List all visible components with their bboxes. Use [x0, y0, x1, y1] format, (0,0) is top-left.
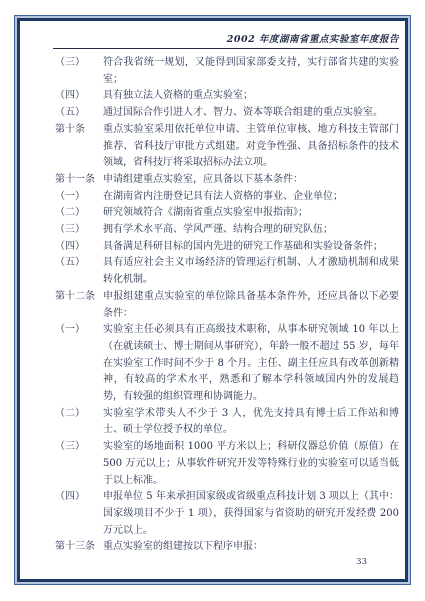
item-label: （二）	[55, 406, 103, 423]
page-number: 33	[356, 557, 367, 567]
list-item-clause: 第十三条 重点实验室的组建按以下程序申报：	[55, 539, 399, 556]
item-label: 第十三条	[55, 539, 103, 556]
item-label: 第十二条	[55, 289, 103, 306]
item-label: 第十条	[55, 122, 103, 139]
item-label: （三）	[55, 222, 103, 239]
list-item-clause: 第十条 重点实验室采用依托单位申请、主管单位审核、地方科技主管部门推荐、省科技厅…	[55, 122, 399, 172]
page-content-area: 2002 年度湖南省重点实验室年度报告 （三） 符合我省统一规划，又能得到国家部…	[17, 18, 408, 582]
item-label: （五）	[55, 105, 103, 122]
item-text: 重点实验室采用依托单位申请、主管单位审核、地方科技主管部门推荐、省科技厅审批方式…	[103, 122, 399, 172]
item-text: 申报单位 5 年来承担国家级或省级重点科技计划 3 项以上（其中：国家级项目不少…	[103, 489, 399, 539]
list-item-clause: 第十一条 申请组建重点实验室，应具备以下基本条件：	[55, 172, 399, 189]
page-border-frame: 2002 年度湖南省重点实验室年度报告 （三） 符合我省统一规划，又能得到国家部…	[14, 15, 411, 585]
list-item: （二） 研究领域符合《湖南省重点实验室申报指南》；	[55, 205, 399, 222]
list-item-clause: 第十二条 申报组建重点实验室的单位除具备基本条件外，还应具备以下必要条件：	[55, 289, 399, 322]
item-text: 符合我省统一规划，又能得到国家部委支持，实行部省共建的实验室；	[103, 55, 399, 88]
list-item: （四） 申报单位 5 年来承担国家级或省级重点科技计划 3 项以上（其中：国家级…	[55, 489, 399, 539]
list-item: （一） 在湖南省内注册登记具有法人资格的事业、企业单位；	[55, 189, 399, 206]
running-header-title: 2002 年度湖南省重点实验室年度报告	[53, 34, 399, 49]
item-text: 申请组建重点实验室，应具备以下基本条件：	[103, 172, 399, 189]
item-label: （五）	[55, 255, 103, 272]
item-label: （三）	[55, 439, 103, 456]
item-label: （四）	[55, 239, 103, 256]
item-label: （一）	[55, 189, 103, 206]
list-item: （五） 具有适应社会主义市场经济的管理运行机制、人才激励机制和成果转化机制。	[55, 255, 399, 288]
list-item: （三） 实验室的场地面积 1000 平方米以上；科研仪器总价值（原值）在 500…	[55, 439, 399, 489]
item-text: 拥有学术水平高、学风严谨、结构合理的研究队伍；	[103, 222, 399, 239]
list-item: （二） 实验室学术带头人不少于 3 人，优先支持具有博士后工作站和博士、硕士学位…	[55, 406, 399, 439]
item-label: 第十一条	[55, 172, 103, 189]
item-text: 在湖南省内注册登记具有法人资格的事业、企业单位；	[103, 189, 399, 206]
item-text: 重点实验室的组建按以下程序申报：	[103, 539, 399, 556]
item-text: 具备满足科研目标的国内先进的研究工作基础和实验设备条件；	[103, 239, 399, 256]
item-text: 申报组建重点实验室的单位除具备基本条件外，还应具备以下必要条件：	[103, 289, 399, 322]
item-text: 具有适应社会主义市场经济的管理运行机制、人才激励机制和成果转化机制。	[103, 255, 399, 288]
list-item: （三） 符合我省统一规划，又能得到国家部委支持，实行部省共建的实验室；	[55, 55, 399, 88]
list-item: （一） 实验室主任必须具有正高级技术职称，从事本研究领域 10 年以上（在就读硕…	[55, 322, 399, 406]
list-item: （五） 通过国际合作引进人才、智力、资本等联合组建的重点实验室。	[55, 105, 399, 122]
item-text: 实验室的场地面积 1000 平方米以上；科研仪器总价值（原值）在 500 万元以…	[103, 439, 399, 489]
item-text: 具有独立法人资格的重点实验室；	[103, 88, 399, 105]
item-text: 实验室学术带头人不少于 3 人，优先支持具有博士后工作站和博士、硕士学位授予权的…	[103, 406, 399, 439]
item-label: （一）	[55, 322, 103, 339]
item-label: （三）	[55, 55, 103, 72]
scanned-document-page: 2002 年度湖南省重点实验室年度报告 （三） 符合我省统一规划，又能得到国家部…	[0, 0, 425, 601]
item-label: （四）	[55, 489, 103, 506]
item-text: 研究领域符合《湖南省重点实验室申报指南》；	[103, 205, 399, 222]
document-body: （三） 符合我省统一规划，又能得到国家部委支持，实行部省共建的实验室； （四） …	[55, 55, 399, 556]
list-item: （三） 拥有学术水平高、学风严谨、结构合理的研究队伍；	[55, 222, 399, 239]
item-label: （四）	[55, 88, 103, 105]
item-label: （二）	[55, 205, 103, 222]
item-text: 通过国际合作引进人才、智力、资本等联合组建的重点实验室。	[103, 105, 399, 122]
list-item: （四） 具有独立法人资格的重点实验室；	[55, 88, 399, 105]
item-text: 实验室主任必须具有正高级技术职称，从事本研究领域 10 年以上（在就读硕士、博士…	[103, 322, 399, 406]
list-item: （四） 具备满足科研目标的国内先进的研究工作基础和实验设备条件；	[55, 239, 399, 256]
